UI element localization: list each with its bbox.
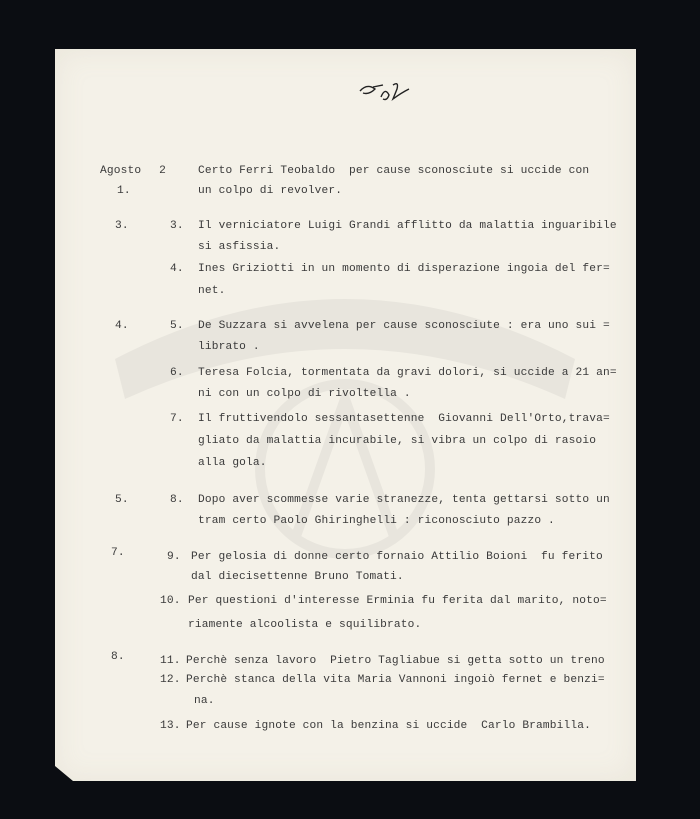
entry-text: riamente alcoolista e squilibrato.	[188, 619, 421, 631]
entry-date: 3.	[115, 220, 129, 232]
signature-mark	[355, 77, 425, 105]
entry-text: Teresa Folcia, tormentata da gravi dolor…	[198, 367, 617, 379]
entry-number: 5.	[170, 320, 184, 332]
entry-number: 8.	[170, 494, 184, 506]
document-page: Agosto 2 Certo Ferri Teobaldo per cause …	[55, 49, 636, 781]
entry-date: 8.	[111, 651, 125, 663]
entry-number: 9.	[167, 551, 181, 563]
entry-text: Certo Ferri Teobaldo per cause sconosciu…	[198, 165, 589, 177]
entry-text: na.	[194, 695, 215, 707]
entry-text: alla gola.	[198, 457, 267, 469]
entry-date: 4.	[115, 320, 129, 332]
entry-number: 4.	[170, 263, 184, 275]
entry-text: gliato da malattia incurabile, si vibra …	[198, 435, 596, 447]
entry-number: 10.	[160, 595, 181, 607]
entry-text: librato .	[198, 341, 260, 353]
entry-text: Per cause ignote con la benzina si uccid…	[186, 720, 591, 732]
entry-text: tram certo Paolo Ghiringhelli : riconosc…	[198, 515, 555, 527]
entry-text: Ines Griziotti in un momento di disperaz…	[198, 263, 610, 275]
entry-number: 3.	[170, 220, 184, 232]
entry-number: 7.	[170, 413, 184, 425]
entry-text: si asfissia.	[198, 241, 280, 253]
entry-text: Perchè senza lavoro Pietro Tagliabue si …	[186, 655, 605, 667]
entry-text: net.	[198, 285, 225, 297]
entry-text: Il verniciatore Luigi Grandi afflitto da…	[198, 220, 617, 232]
entry-text: De Suzzara si avvelena per cause sconosc…	[198, 320, 610, 332]
entry-text: Dopo aver scommesse varie stranezze, ten…	[198, 494, 610, 506]
entry-number: 13.	[160, 720, 181, 732]
entry-text: Il fruttivendolo sessantasettenne Giovan…	[198, 413, 610, 425]
entry-text: un colpo di revolver.	[198, 185, 342, 197]
entry-number: 2	[150, 165, 175, 177]
month-label: Agosto	[100, 165, 141, 177]
entry-text: Per questioni d'interesse Erminia fu fer…	[188, 595, 607, 607]
entry-text: Per gelosia di donne certo fornaio Attil…	[191, 551, 603, 563]
entry-text: Perchè stanca della vita Maria Vannoni i…	[186, 674, 605, 686]
entry-number: 6.	[170, 367, 184, 379]
entry-text: dal diecisettenne Bruno Tomati.	[191, 571, 404, 583]
entry-date: 5.	[115, 494, 129, 506]
entry-number: 11.	[160, 655, 181, 667]
entry-text: ni con un colpo di rivoltella .	[198, 388, 411, 400]
entry-date: 1.	[117, 185, 131, 197]
entry-number: 12.	[160, 674, 181, 686]
entry-date: 7.	[111, 547, 125, 559]
